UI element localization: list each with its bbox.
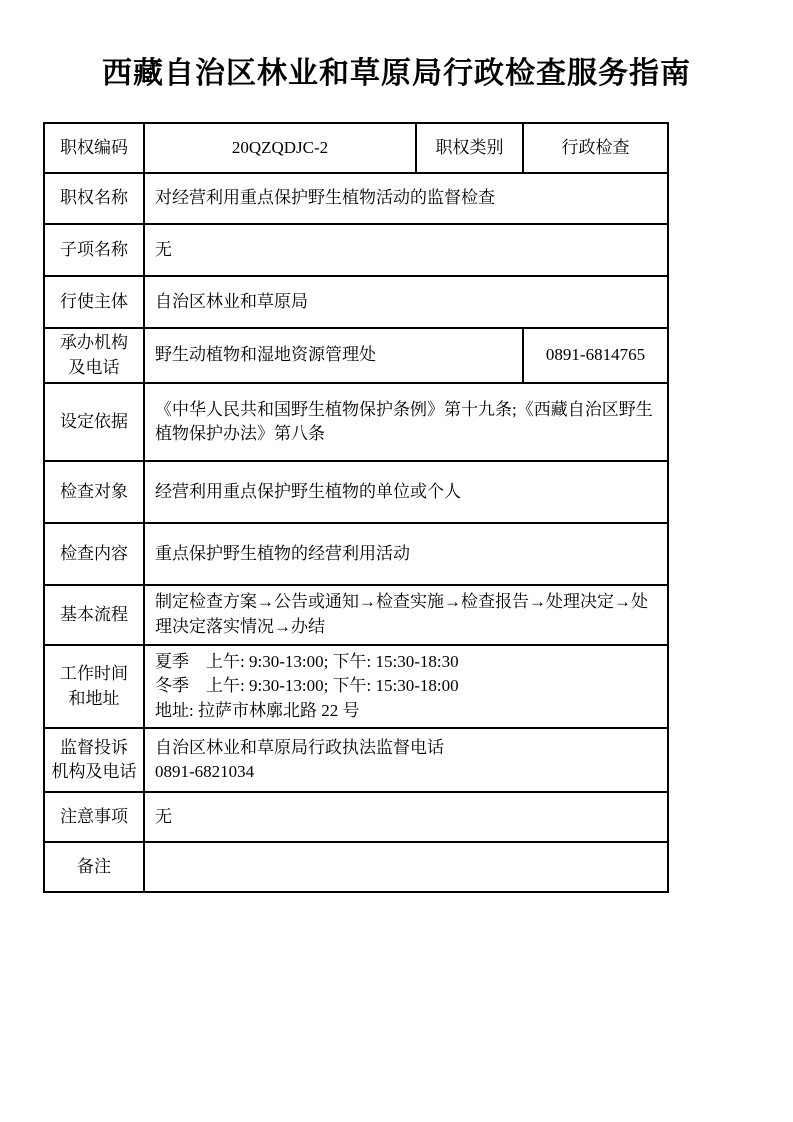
table-row-inspection-target: 检查对象 经营利用重点保护野生植物的单位或个人 [44,461,668,523]
basic-process-value: 制定检查方案→公告或通知→检查实施→检查报告→处理决定→处理决定落实情况→办结 [144,585,668,644]
undertaking-agency-phone: 0891-6814765 [523,328,668,383]
undertaking-agency-label: 承办机构 及电话 [44,328,144,383]
basic-process-label: 基本流程 [44,585,144,644]
inspection-content-value: 重点保护野生植物的经营利用活动 [144,523,668,585]
supervision-complaint-value: 自治区林业和草原局行政执法监督电话 0891-6821034 [144,728,668,792]
table-row-authority-code: 职权编码 20QZQDJC-2 职权类别 行政检查 [44,123,668,173]
inspection-target-label: 检查对象 [44,461,144,523]
table-row-basic-process: 基本流程 制定检查方案→公告或通知→检查实施→检查报告→处理决定→处理决定落实情… [44,585,668,644]
authority-name-label: 职权名称 [44,173,144,224]
table-row-notes: 注意事项 无 [44,792,668,842]
notes-label: 注意事项 [44,792,144,842]
table-row-subitem-name: 子项名称 无 [44,224,668,276]
table-row-exercising-body: 行使主体 自治区林业和草原局 [44,276,668,328]
table-row-inspection-content: 检查内容 重点保护野生植物的经营利用活动 [44,523,668,585]
service-guide-table: 职权编码 20QZQDJC-2 职权类别 行政检查 职权名称 对经营利用重点保护… [43,122,669,893]
exercising-body-value: 自治区林业和草原局 [144,276,668,328]
table-row-supervision-complaint: 监督投诉 机构及电话 自治区林业和草原局行政执法监督电话 0891-682103… [44,728,668,792]
table-row-undertaking-agency: 承办机构 及电话 野生动植物和湿地资源管理处 0891-6814765 [44,328,668,383]
table-row-authority-name: 职权名称 对经营利用重点保护野生植物活动的监督检查 [44,173,668,224]
page-title: 西藏自治区林业和草原局行政检查服务指南 [0,0,793,92]
table-row-remarks: 备注 [44,842,668,892]
legal-basis-label: 设定依据 [44,383,144,461]
remarks-label: 备注 [44,842,144,892]
authority-code-value: 20QZQDJC-2 [144,123,416,173]
undertaking-agency-value: 野生动植物和湿地资源管理处 [144,328,523,383]
work-time-address-label: 工作时间 和地址 [44,645,144,729]
notes-value: 无 [144,792,668,842]
table-row-legal-basis: 设定依据 《中华人民共和国野生植物保护条例》第十九条;《西藏自治区野生植物保护办… [44,383,668,461]
inspection-target-value: 经营利用重点保护野生植物的单位或个人 [144,461,668,523]
legal-basis-value: 《中华人民共和国野生植物保护条例》第十九条;《西藏自治区野生植物保护办法》第八条 [144,383,668,461]
authority-name-value: 对经营利用重点保护野生植物活动的监督检查 [144,173,668,224]
authority-type-value: 行政检查 [523,123,668,173]
document-page: 西藏自治区林业和草原局行政检查服务指南 职权编码 20QZQDJC-2 职权类别… [0,0,793,1122]
exercising-body-label: 行使主体 [44,276,144,328]
supervision-complaint-label: 监督投诉 机构及电话 [44,728,144,792]
authority-type-label: 职权类别 [416,123,523,173]
authority-code-label: 职权编码 [44,123,144,173]
inspection-content-label: 检查内容 [44,523,144,585]
subitem-name-label: 子项名称 [44,224,144,276]
work-time-address-value: 夏季 上午: 9:30-13:00; 下午: 15:30-18:30 冬季 上午… [144,645,668,729]
subitem-name-value: 无 [144,224,668,276]
table-row-work-time-address: 工作时间 和地址 夏季 上午: 9:30-13:00; 下午: 15:30-18… [44,645,668,729]
remarks-value [144,842,668,892]
